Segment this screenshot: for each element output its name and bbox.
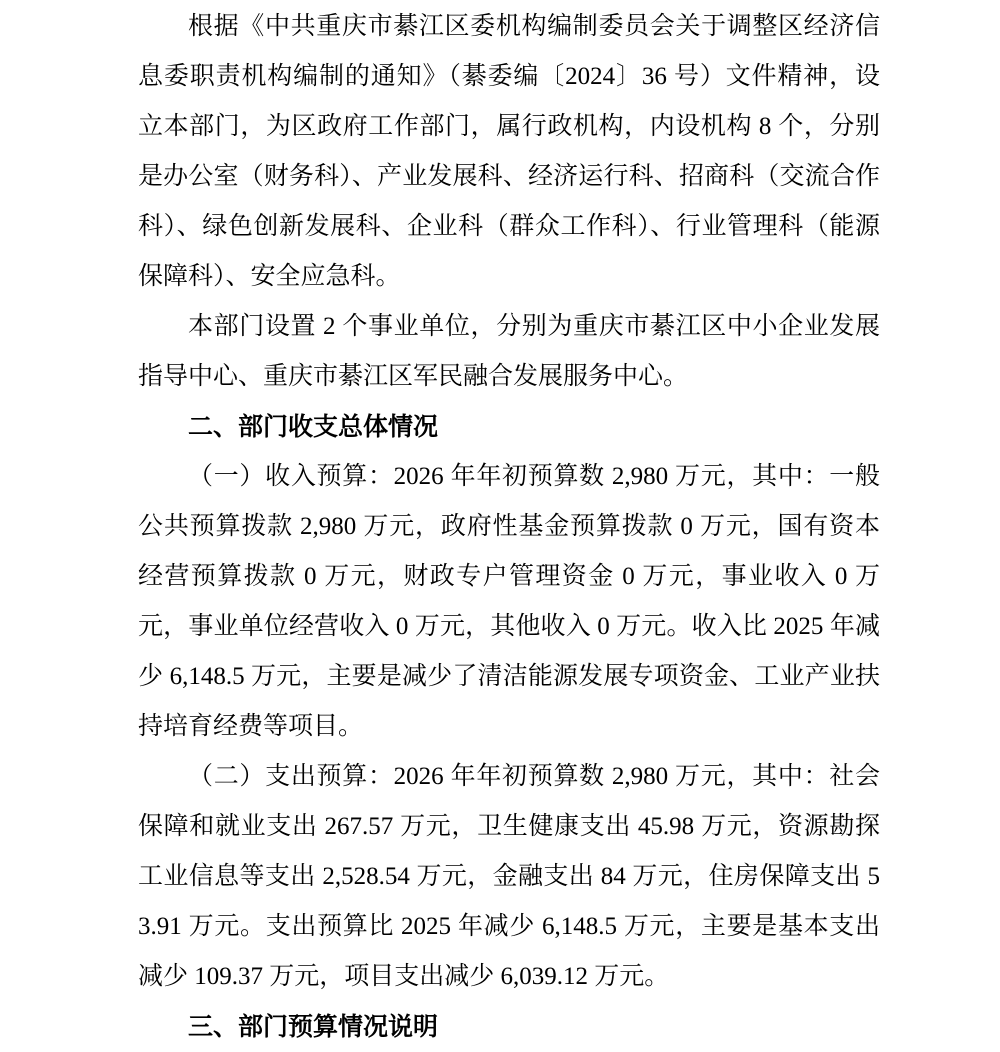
paragraph-expenditure-budget: （二）支出预算：2026 年年初预算数 2,980 万元，其中：社会保障和就业支… (138, 752, 880, 1002)
paragraph-income-budget: （一）收入预算：2026 年年初预算数 2,980 万元，其中：一般公共预算拨款… (138, 452, 880, 752)
heading-section-3-budget-explanation: 三、部门预算情况说明 (138, 1002, 880, 1052)
paragraph-establishment-basis: 根据《中共重庆市綦江区委机构编制委员会关于调整区经济信息委职责机构编制的通知》（… (138, 2, 880, 302)
document-page: 根据《中共重庆市綦江区委机构编制委员会关于调整区经济信息委职责机构编制的通知》（… (0, 0, 1000, 1052)
heading-section-2-income-expenditure-overview: 二、部门收支总体情况 (138, 402, 880, 452)
paragraph-public-institutions: 本部门设置 2 个事业单位，分别为重庆市綦江区中小企业发展指导中心、重庆市綦江区… (138, 302, 880, 402)
